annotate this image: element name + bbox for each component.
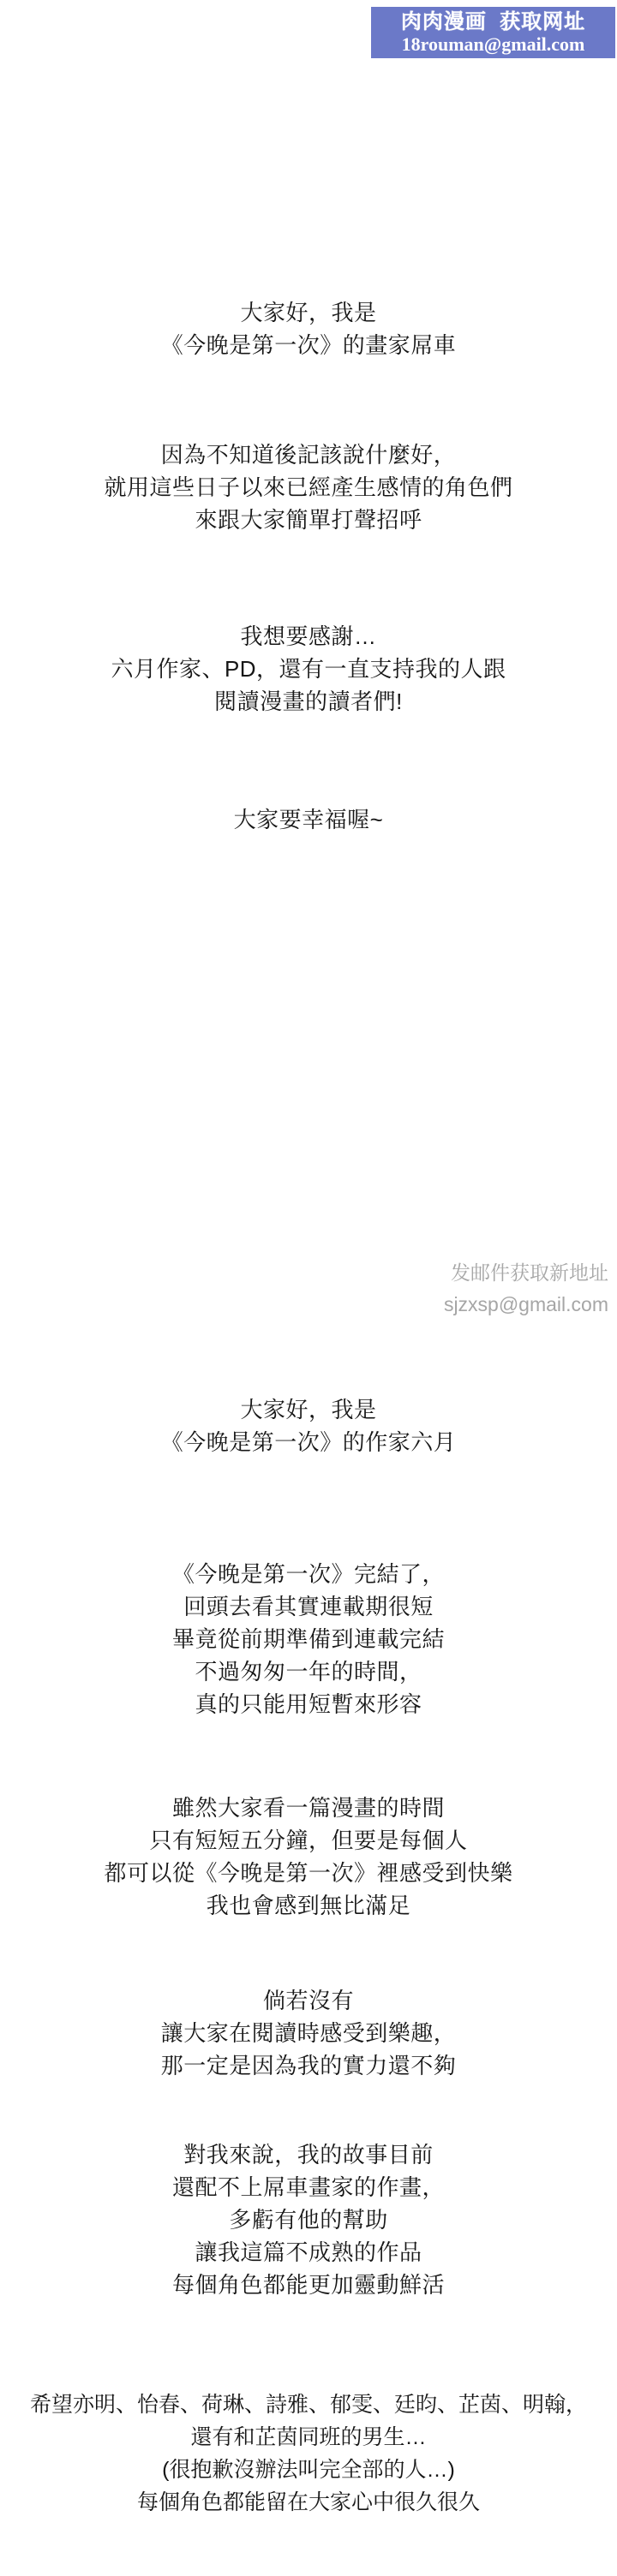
text-line: 都可以從《今晚是第一次》裡感受到快樂	[0, 1857, 617, 1889]
text-line: 不過匆匆一年的時間，	[0, 1655, 617, 1688]
text-line: 倘若沒有	[0, 1984, 617, 2017]
text-line: 大家要幸福喔~	[0, 803, 617, 836]
text-line: 每個角色都能留在大家心中很久很久	[0, 2486, 617, 2519]
text-line: 六月作家、PD，還有一直支持我的人跟	[0, 653, 617, 685]
text-line: 畢竟從前期準備到連載完結	[0, 1623, 617, 1655]
artist-wish-block: 大家要幸福喔~	[0, 803, 617, 836]
text-line: 閱讀漫畫的讀者們!	[0, 685, 617, 718]
artist-reason-block: 因為不知道後記該說什麼好， 就用這些日子以來已經產生感情的角色們 來跟大家簡單打…	[0, 438, 617, 536]
text-line: (很抱歉沒辦法叫完全部的人…)	[0, 2454, 617, 2486]
relocation-note-text: 发邮件获取新地址	[444, 1257, 608, 1289]
text-line: 還有和芷茵同班的男生…	[0, 2421, 617, 2454]
text-line: 希望亦明、怡春、荷琳、詩雅、郁雯、廷昀、芷茵、明翰，	[0, 2388, 617, 2421]
text-line: 我也會感到無比滿足	[0, 1889, 617, 1922]
author-completion-block: 《今晚是第一次》完結了， 回頭去看其實連載期很短 畢竟從前期準備到連載完結 不過…	[0, 1558, 617, 1720]
author-joy-block: 雖然大家看一篇漫畫的時間 只有短短五分鐘，但要是每個人 都可以從《今晚是第一次》…	[0, 1792, 617, 1922]
text-line: 讓我這篇不成熟的作品	[0, 2236, 617, 2269]
site-banner-title: 肉肉漫画 获取网址	[401, 10, 585, 34]
relocation-note-email: sjzxsp@gmail.com	[444, 1289, 608, 1321]
author-farewell-block: 希望亦明、怡春、荷琳、詩雅、郁雯、廷昀、芷茵、明翰， 還有和芷茵同班的男生… (…	[0, 2388, 617, 2519]
text-line: 大家好，我是	[0, 1393, 617, 1426]
text-line: 只有短短五分鐘，但要是每個人	[0, 1824, 617, 1857]
text-line: 因為不知道後記該說什麼好，	[0, 438, 617, 471]
text-line: 就用這些日子以來已經產生感情的角色們	[0, 471, 617, 504]
text-line: 《今晚是第一次》完結了，	[0, 1558, 617, 1590]
author-humility-block: 倘若沒有 讓大家在閱讀時感受到樂趣， 那一定是因為我的實力還不夠	[0, 1984, 617, 2082]
text-line: 《今晚是第一次》的畫家屌車	[0, 329, 617, 361]
text-line: 多虧有他的幫助	[0, 2203, 617, 2236]
text-line: 《今晚是第一次》的作家六月	[0, 1426, 617, 1458]
text-line: 那一定是因為我的實力還不夠	[0, 2049, 617, 2082]
text-line: 回頭去看其實連載期很短	[0, 1590, 617, 1623]
artist-thanks-block: 我想要感謝… 六月作家、PD，還有一直支持我的人跟 閱讀漫畫的讀者們!	[0, 620, 617, 718]
text-line: 大家好，我是	[0, 296, 617, 329]
text-line: 還配不上屌車畫家的作畫，	[0, 2171, 617, 2203]
text-line: 真的只能用短暫來形容	[0, 1688, 617, 1720]
text-line: 雖然大家看一篇漫畫的時間	[0, 1792, 617, 1824]
text-line: 對我來說，我的故事目前	[0, 2138, 617, 2171]
text-line: 來跟大家簡單打聲招呼	[0, 504, 617, 536]
site-banner: 肉肉漫画 获取网址 18rouman@gmail.com	[371, 7, 615, 58]
author-gratitude-block: 對我來說，我的故事目前 還配不上屌車畫家的作畫， 多虧有他的幫助 讓我這篇不成熟…	[0, 2138, 617, 2301]
artist-greeting-block: 大家好，我是 《今晚是第一次》的畫家屌車	[0, 296, 617, 361]
author-greeting-block: 大家好，我是 《今晚是第一次》的作家六月	[0, 1393, 617, 1458]
relocation-note: 发邮件获取新地址 sjzxsp@gmail.com	[444, 1257, 608, 1321]
site-banner-email: 18rouman@gmail.com	[402, 33, 585, 55]
text-line: 每個角色都能更加靈動鮮活	[0, 2269, 617, 2301]
text-line: 我想要感謝…	[0, 620, 617, 653]
text-line: 讓大家在閱讀時感受到樂趣，	[0, 2017, 617, 2049]
